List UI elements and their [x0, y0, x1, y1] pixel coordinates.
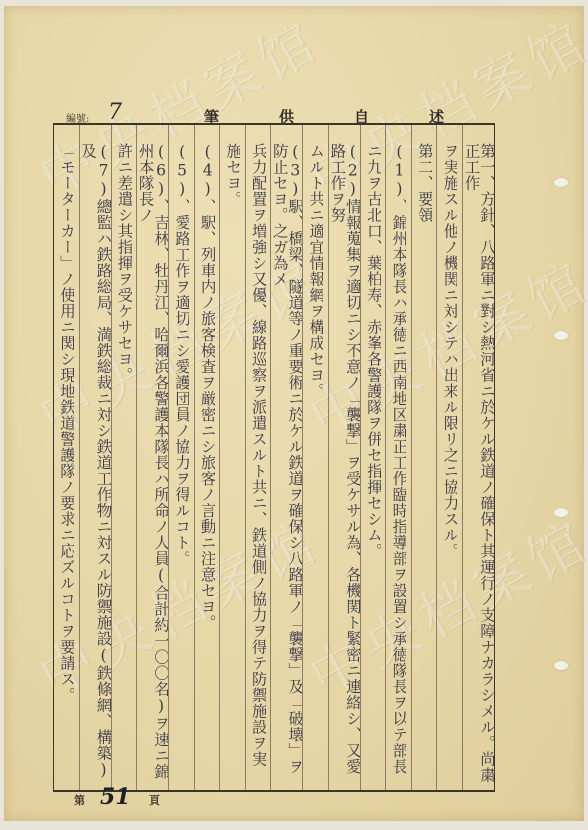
text-column: ヲ実施スル他ノ機関ニ対シテハ出来ル限リ之ニ協力スル。 [436, 125, 462, 790]
page-number: 51 [100, 784, 131, 810]
column-text: (4)、駅、列車内ノ旅客検査ヲ厳密ニシ旅客ノ言動ニ注意セヨ。 [199, 125, 215, 783]
text-column: (1)、錦州本隊長ハ承徳ニ西南地区粛正工作臨時指導部ヲ設置シ承徳隊長ヲ以テ部長 [385, 125, 411, 790]
column-text: (3)駅、橋梁、隧道等ノ重要術ニ於ケル鉄道ヲ確保シ八路軍ノ「襲撃」及「破壊」ヲ防… [271, 125, 302, 783]
column-text: (7)總監ハ鉄路総局、満鉄総裁ニ対シ鉄道工作物ニ対スル防禦施設(鉄條網、構築)及 [80, 125, 111, 783]
column-text: ヲ実施スル他ノ機関ニ対シテハ出来ル限リ之ニ協力スル。 [442, 125, 458, 783]
column-text: 許ニ差遣シ其指揮ヲ受ケサセヨ。 [116, 125, 132, 783]
manuscript-grid: 第一、方針、八路軍ニ對シ熱河省ニ於ケル鉄道ノ確保ト其運行ノ支障ナカラシメル。尚粛… [53, 123, 495, 792]
column-text: 第一、方針、八路軍ニ對シ熱河省ニ於ケル鉄道ノ確保ト其運行ノ支障ナカラシメル。尚粛… [463, 125, 494, 783]
text-column: 許ニ差遣シ其指揮ヲ受ケサセヨ。 [111, 125, 137, 790]
text-column: ムルト共ニ適宜情報網ヲ構成セヨ。 [302, 125, 328, 790]
text-column: (6)、吉林、牡丹江、哈爾浜各警護本隊長ハ所命ノ人員(合計約一〇〇名)ヲ速ニ錦州… [136, 125, 168, 790]
text-column: 第一、方針、八路軍ニ對シ熱河省ニ於ケル鉄道ノ確保ト其運行ノ支障ナカラシメル。尚粛… [462, 125, 494, 790]
text-column: 施セヨ。 [219, 125, 245, 790]
column-text: (1)、錦州本隊長ハ承徳ニ西南地区粛正工作臨時指導部ヲ設置シ承徳隊長ヲ以テ部長 [391, 125, 407, 783]
column-text: (6)、吉林、牡丹江、哈爾浜各警護本隊長ハ所命ノ人員(合計約一〇〇名)ヲ速ニ錦州… [137, 125, 168, 783]
column-text: ムルト共ニ適宜情報網ヲ構成セヨ。 [308, 125, 324, 783]
text-column: 「モーターカー」ノ使用ニ関シ現地鉄道警護隊ノ要求ニ応ズルコトヲ要請ス。 [54, 125, 79, 790]
column-text: ニ九ヲ古北口、葉柏寿、赤峯各警護隊ヲ併セ指揮セシム。 [365, 125, 381, 783]
column-text: 「モーターカー」ノ使用ニ関シ現地鉄道警護隊ノ要求ニ応ズルコトヲ要請ス。 [59, 125, 75, 783]
column-text: 兵力配置ヲ増強シ又優、線路巡察ヲ派遣スルト共ニ、鉄道側ノ協力ヲ得テ防禦施設ヲ実 [250, 125, 266, 783]
page-suffix: 頁 [149, 792, 160, 808]
column-text: 第二、要領 [416, 125, 432, 783]
punch-hole [554, 661, 568, 670]
text-column: (3)駅、橋梁、隧道等ノ重要術ニ於ケル鉄道ヲ確保シ八路軍ノ「襲撃」及「破壊」ヲ防… [270, 125, 302, 790]
punch-hole [554, 178, 568, 187]
text-column: ニ九ヲ古北口、葉柏寿、赤峯各警護隊ヲ併セ指揮セシム。 [360, 125, 386, 790]
column-text: 施セヨ。 [225, 125, 241, 783]
text-column: 兵力配置ヲ増強シ又優、線路巡察ヲ派遣スルト共ニ、鉄道側ノ協力ヲ得テ防禦施設ヲ実 [245, 125, 271, 790]
text-column: (5)、愛路工作ヲ適切ニシ愛護団員ノ協力ヲ得ルコト。 [168, 125, 194, 790]
punch-hole [554, 331, 568, 340]
punch-hole [554, 508, 568, 517]
column-text: (2)情報蒐集ヲ適切ニシ不意ノ「襲撃」ヲ受ケサル為、各機関ト緊密ニ連絡シ、又愛路… [329, 125, 360, 783]
serial-number-value: 7 [108, 100, 122, 125]
text-column: 第二、要領 [411, 125, 437, 790]
text-column: (7)總監ハ鉄路総局、満鉄総裁ニ対シ鉄道工作物ニ対スル防禦施設(鉄條網、構築)及 [79, 125, 111, 790]
page-prefix: 第 [74, 792, 85, 808]
column-text: (5)、愛路工作ヲ適切ニシ愛護団員ノ協力ヲ得ルコト。 [174, 125, 190, 783]
text-column: (4)、駅、列車内ノ旅客検査ヲ厳密ニシ旅客ノ言動ニ注意セヨ。 [194, 125, 220, 790]
text-column: (2)情報蒐集ヲ適切ニシ不意ノ「襲撃」ヲ受ケサル為、各機関ト緊密ニ連絡シ、又愛路… [328, 125, 360, 790]
document-page: 中央档案馆 中央档案馆 中央档案馆 中央档案馆 中央档案馆 中央档案馆 編號: … [4, 6, 584, 821]
